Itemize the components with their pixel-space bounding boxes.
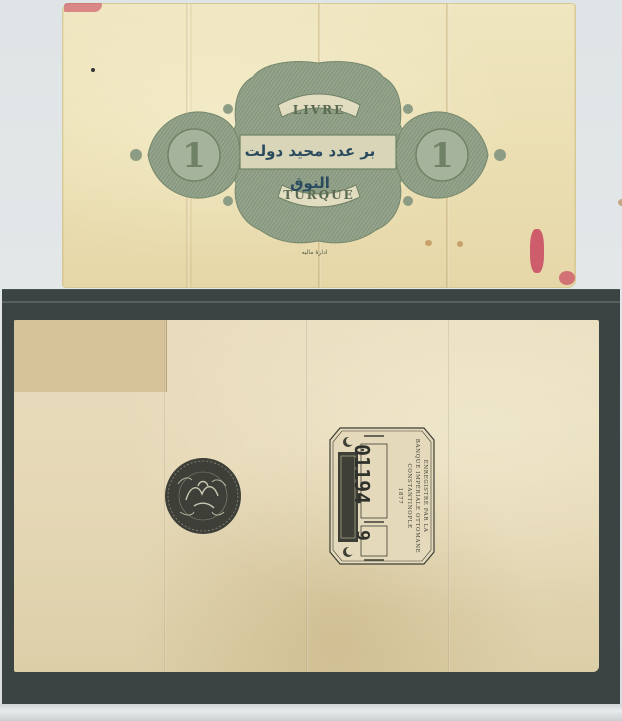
top-banknote: LIVRE TURQUE 1 1 بر عدد محيد دولت النوق …: [62, 3, 576, 288]
center-arabic-inscription: بر عدد محيد دولت النوق: [240, 135, 380, 167]
numeral-left: 1: [182, 136, 206, 176]
tughra-seal-icon: [164, 456, 242, 536]
registration-stamp: 01194 9 ENREGISTRÉ PAR LA BANQUE IMPÉRIA…: [328, 426, 436, 566]
stamp-line: CONSTANTINOPLE: [404, 436, 412, 556]
numeral-right: 1: [430, 136, 454, 176]
stamp-line: ENREGISTRÉ PAR LA: [421, 436, 429, 556]
small-arabic-inscription: ادارهٔ مالیه: [267, 249, 362, 256]
ink-dot: [91, 68, 95, 72]
bottom-banknote: 01194 9 ENREGISTRÉ PAR LA BANQUE IMPÉRIA…: [14, 320, 599, 672]
stamp-line: 1877: [396, 436, 404, 556]
fold-line: [306, 320, 308, 672]
scanner-edge: [0, 704, 622, 721]
fold-line: [448, 320, 450, 672]
stamp-line: BANQUE IMPÉRIALE OTTOMANE: [413, 436, 421, 556]
rust-spot: [618, 199, 622, 206]
pink-stain: [64, 3, 102, 12]
stamp-text: ENREGISTRÉ PAR LA BANQUE IMPÉRIALE OTTOM…: [369, 436, 429, 556]
pink-stain: [530, 229, 544, 273]
livre-label: LIVRE: [293, 103, 345, 117]
pink-stain: [559, 271, 575, 285]
holder-edge: [2, 301, 620, 303]
tape-residue: [14, 320, 167, 392]
